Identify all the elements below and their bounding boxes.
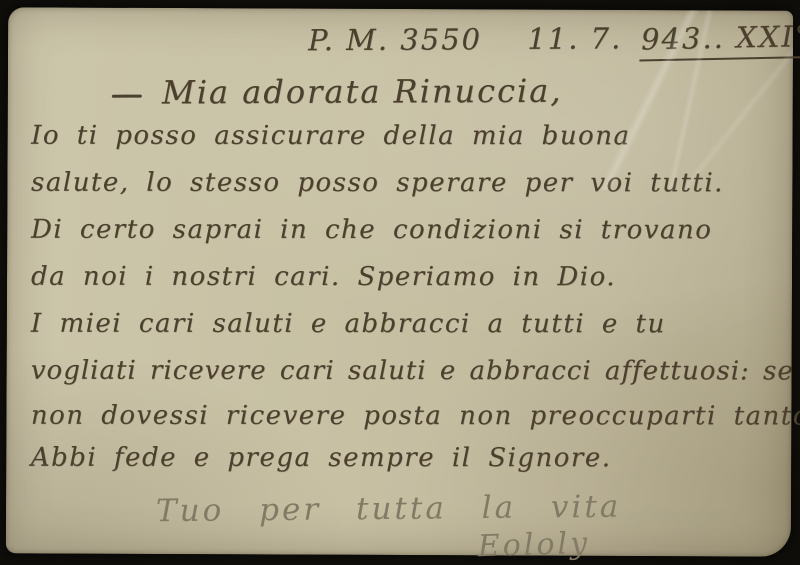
- postcard-date-underlined: 943.. XXI°: [639, 19, 800, 62]
- pen-flourish-dash: [112, 95, 142, 98]
- postcard-header: P. M. 3550 11. 7. 943.. XXI°: [308, 20, 800, 62]
- salutation-row: Mia adorata Rinuccia,: [112, 72, 563, 112]
- postcard: P. M. 3550 11. 7. 943.. XXI° Mia adorata…: [6, 7, 793, 556]
- handwriting-line: da noi i nostri cari. Speriamo in Dio.: [31, 254, 782, 302]
- handwriting-line: I miei cari saluti e abbracci a tutti e …: [31, 301, 782, 349]
- handwriting-line: vogliati ricevere cari saluti e abbracci…: [31, 348, 782, 396]
- handwriting-line: salute, lo stesso posso sperare per voi …: [31, 160, 782, 208]
- handwriting-line: Abbi fede e prega sempre il Signore.: [31, 437, 782, 480]
- photo-background: P. M. 3550 11. 7. 943.. XXI° Mia adorata…: [0, 0, 800, 565]
- salutation: Mia adorata Rinuccia,: [162, 72, 563, 112]
- closing-line: Tuo per tutta la vita: [156, 489, 622, 529]
- postcard-date-prefix: 11. 7.: [527, 21, 622, 56]
- handwriting-line: Di certo saprai in che condizioni si tro…: [31, 207, 782, 255]
- handwriting-line: non dovessi ricevere posta non preoccupa…: [31, 395, 782, 438]
- signature: Eololy: [477, 526, 590, 564]
- field-post-number: P. M. 3550: [308, 22, 482, 57]
- letter-body: Io ti posso assicurare della mia buona s…: [31, 113, 782, 480]
- handwriting-line: Io ti posso assicurare della mia buona: [31, 113, 782, 161]
